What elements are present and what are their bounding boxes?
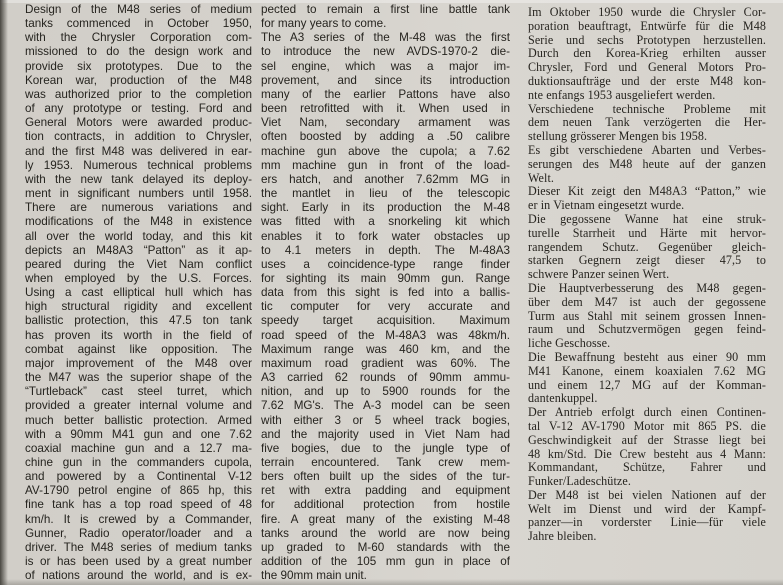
text-line: nition, and up to 5900 rounds for the [261, 385, 510, 399]
text-line: ers hatch, and another 7.62mm MG in [261, 173, 510, 187]
text-line: provide six prototypes. Due to the [25, 60, 252, 74]
text-line: all over the world today, and this kit [25, 230, 252, 244]
text-line: provided a greater internal volume and [25, 399, 252, 413]
text-line: the mantlet in lieu of the telescopic [261, 187, 510, 201]
text-line: tion contracts, in addition to Chrysler, [25, 130, 252, 144]
text-line: ly 1953. Numerous technical problems [25, 159, 252, 173]
text-line: pected to remain a first line battle tan… [261, 3, 510, 17]
text-line: Welt im Dienst und wird der Kampf- [528, 503, 766, 517]
text-line: is or has been used by a great number [25, 555, 252, 569]
text-line: turelle Starrheit und Härte mit hervor- [528, 227, 766, 241]
text-line: was authorized prior to the completion [25, 88, 252, 102]
text-line: tanks commenced in October 1950, [25, 17, 252, 31]
text-line: data from this sight is fed into a balli… [261, 286, 510, 300]
text-line: ment in significant numbers until 1958. [25, 187, 252, 201]
text-line: peared during the Viet Nam conflict [25, 258, 252, 272]
text-line: M41 Kanone, einem koaxialen 7.62 MG [528, 365, 766, 379]
text-line: liche Geschosse. [528, 337, 766, 351]
text-line: Die Hauptverbesserung des M48 gegen- [528, 282, 766, 296]
text-line: km/h. It is crewed by a Commander, [25, 513, 252, 527]
text-line: provement, and since its introduction [261, 74, 510, 88]
text-line: with the new tank delayed its deploy- [25, 173, 252, 187]
text-line: Jahre bleiben. [528, 530, 766, 544]
text-line: Design of the M48 series of medium [25, 3, 252, 17]
scanned-instruction-sheet: Design of the M48 series of mediumtanks … [0, 0, 783, 585]
text-line: often boosted by adding a .50 calibre [261, 130, 510, 144]
text-line: coaxial machine gun and a 12.7 ma- [25, 442, 252, 456]
text-line: serungen des M48 heute auf der ganzen [528, 158, 766, 172]
text-line: high structural rigidity and excellent [25, 300, 252, 314]
text-line: Im Oktober 1950 wurde die Chrysler Cor- [528, 6, 766, 20]
text-line: “Turtleback” cast steel turret, which [25, 385, 252, 399]
text-line: schwere Panzer seinen Wert. [528, 268, 766, 282]
text-line: Geschwindigkeit auf der Strasse liegt be… [528, 434, 766, 448]
text-line: up graded to M-60 standards with the [261, 541, 510, 555]
text-line: There are numerous variations and [25, 201, 252, 215]
text-line: 7.62 MG's. The A-3 model can be seen [261, 399, 510, 413]
text-line: Using a cast elliptical hull which has [25, 286, 252, 300]
text-line: depicts an M48A3 “Patton” as it ap- [25, 244, 252, 258]
text-line: mm machine gun in front of the load- [261, 159, 510, 173]
text-line: terrain encountered. Tank crew mem- [261, 456, 510, 470]
text-line: speedy target acquisition. Maximum [261, 314, 510, 328]
text-line: rangendem Schutz. Gegenüber gleich- [528, 241, 766, 255]
text-line: Gunner, Radio operator/loader and a [25, 527, 252, 541]
text-line: The A3 series of the M-48 was the first [261, 31, 510, 45]
text-line: duktionsaufträge und der erste M48 kon- [528, 75, 766, 89]
text-line: Viet Nam, secondary armament was [261, 116, 510, 130]
text-line: über dem M47 ist auch der gegossene [528, 296, 766, 310]
text-line: uses a coincidence-type range finder [261, 258, 510, 272]
text-line: Durch den Korea-Krieg erhilten ausser [528, 47, 766, 61]
text-line: Die Bewaffnung besteht aus einer 90 mm [528, 351, 766, 365]
scan-edge-left [0, 0, 8, 585]
text-line: chine gun in the commanders cupola, [25, 456, 252, 470]
text-line: Kommandant, Schütze, Fahrer und [528, 461, 766, 475]
text-line: been retrofitted with it. When used in [261, 102, 510, 116]
text-line: for additional protection from hostile [261, 498, 510, 512]
text-line: AV-1790 petrol engine of 865 hp, this [25, 484, 252, 498]
text-line: Dieser Kit zeigt den M48A3 “Patton,” wie [528, 185, 766, 199]
text-line: Serie und sechs Prototypen herzustellen. [528, 34, 766, 48]
text-line: nte enfangs 1953 ausgeliefert werden. [528, 89, 766, 103]
text-line: and the majority used in Viet Nam had [261, 428, 510, 442]
text-line: major improvement of the M48 over [25, 357, 252, 371]
text-line: Der Antrieb erfolgt durch einen Continen… [528, 406, 766, 420]
text-line: Turm aus Stahl mit seinem grossen Innen- [528, 310, 766, 324]
text-line: to 4.1 meters in depth. The M-48A3 [261, 244, 510, 258]
text-line: and the first M48 was delivered in ear- [25, 145, 252, 159]
text-line: maximum road gradient was 60%. The [261, 357, 510, 371]
text-line: stellung grösserer Mengen bis 1958. [528, 130, 766, 144]
text-line: Korean war, production of the M48 [25, 74, 252, 88]
text-line: fire. A great many of the existing M-48 [261, 513, 510, 527]
text-line: of any prototype or testing. Ford and [25, 102, 252, 116]
german-text-column: Im Oktober 1950 wurde die Chrysler Cor-p… [528, 6, 766, 544]
text-line: with a 90mm M41 gun and one 7.62 [25, 428, 252, 442]
text-line: combat against like opposition. The [25, 343, 252, 357]
english-text-column-1: Design of the M48 series of mediumtanks … [25, 3, 252, 583]
text-line: driver. The M48 series of medium tanks [25, 541, 252, 555]
text-line: raum und Schutzvermögen gegen feind- [528, 323, 766, 337]
text-line: with the Chrysler Corporation com- [25, 31, 252, 45]
text-line: modifications of the M48 in existence [25, 215, 252, 229]
text-line: addition of the 105 mm gun in place of [261, 555, 510, 569]
text-line: tanks around the world are now being [261, 527, 510, 541]
text-line: fine tank has a top road speed of 48 [25, 498, 252, 512]
text-line: dem neuen Tank verzögerten die Her- [528, 116, 766, 130]
text-line: to introduce the new AVDS-1970-2 die- [261, 45, 510, 59]
text-line: Welt. [528, 172, 766, 186]
text-line: Die gegossene Wanne hat eine struk- [528, 213, 766, 227]
text-line: poration beauftragt, Entwürfe für die M4… [528, 20, 766, 34]
text-line: sel engine, which was a major im- [261, 60, 510, 74]
text-line: tal V-12 AV-1790 Motor mit 865 PS. die [528, 420, 766, 434]
text-line: 48 km/Std. Die Crew besteht aus 4 Mann: [528, 448, 766, 462]
text-line: Funker/Ladeschütze. [528, 475, 766, 489]
text-line: Der M48 ist bei vielen Nationen auf der [528, 489, 766, 503]
text-line: und einem 12,7 MG auf der Komman- [528, 379, 766, 393]
text-line: the 90mm main unit. [261, 569, 510, 583]
text-line: five bogies, due to the jungle type of [261, 442, 510, 456]
text-line: with either 3 or 5 wheel track bogies, [261, 414, 510, 428]
text-line: General Motors were awarded produc- [25, 116, 252, 130]
text-line: starken Gegnern zeigt dieser 47,5 to [528, 254, 766, 268]
text-line: the M47 was the superior shape of the [25, 371, 252, 385]
text-line: sight. Early in its production the M-48 [261, 201, 510, 215]
text-line: and powered by a Continental V-12 [25, 470, 252, 484]
text-line: Verschiedene technische Probleme mit [528, 103, 766, 117]
text-line: bers often built up the sides of the tur… [261, 470, 510, 484]
text-line: enables it to fork water obstacles up [261, 230, 510, 244]
text-line: Maximum range was 460 km, and the [261, 343, 510, 357]
text-line: panzer—in vorderster Linie—für viele [528, 516, 766, 530]
text-line: missioned to do the design work and [25, 45, 252, 59]
text-line: er in Vietnam eingesetzt wurde. [528, 199, 766, 213]
text-line: dantenkuppel. [528, 392, 766, 406]
text-line: much better ballistic protection. Armed [25, 414, 252, 428]
text-line: when employed by the U.S. Forces. [25, 272, 252, 286]
text-line: for sighting its main 90mm gun. Range [261, 272, 510, 286]
text-line: machine gun above the cupola; a 7.62 [261, 145, 510, 159]
text-line: Es gibt verschiedene Abarten und Verbes- [528, 144, 766, 158]
text-line: many of the earlier Pattons have also [261, 88, 510, 102]
text-line: road speed of the M-48A3 was 48km/h. [261, 329, 510, 343]
text-line: has proven its worth in the field of [25, 329, 252, 343]
text-line: for many years to come. [261, 17, 510, 31]
text-line: tic computer for very accurate and [261, 300, 510, 314]
english-text-column-2: pected to remain a first line battle tan… [261, 3, 510, 583]
text-line: was fitted with a snorkeling kit which [261, 215, 510, 229]
text-line: A3 carried 62 rounds of 90mm ammu- [261, 371, 510, 385]
text-line: of nations around the world, and is ex- [25, 569, 252, 583]
text-line: ballistic protection, this 47.5 ton tank [25, 314, 252, 328]
text-line: Chrysler, Ford und General Motors Pro- [528, 61, 766, 75]
text-line: ret with extra padding and equipment [261, 484, 510, 498]
